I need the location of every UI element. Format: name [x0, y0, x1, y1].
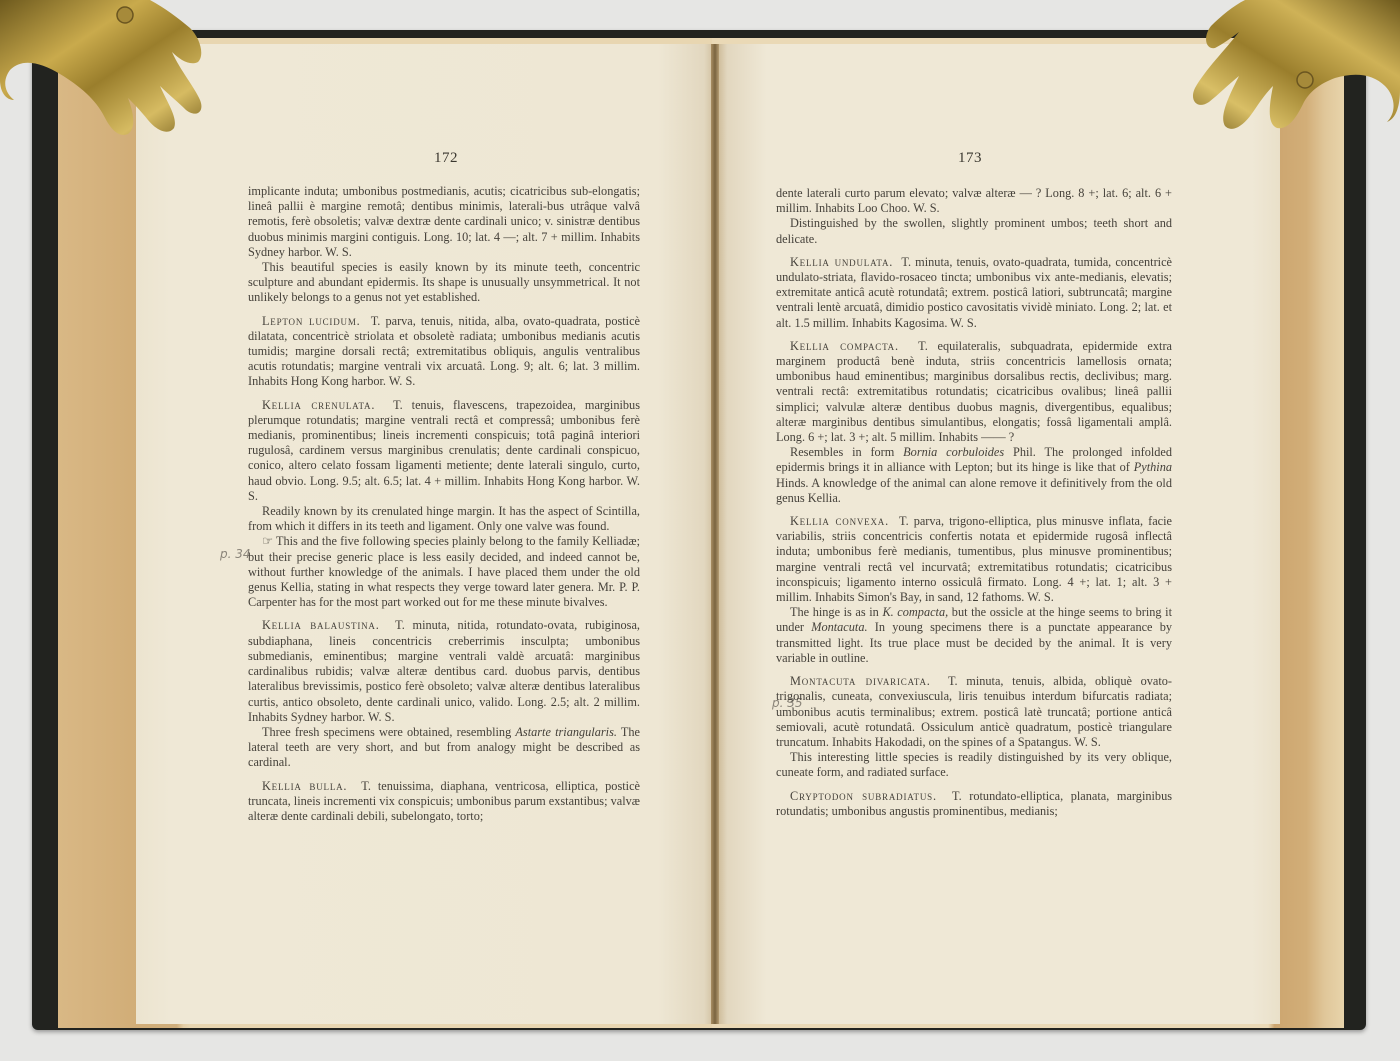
species-name: Kellia crenulata.: [262, 398, 375, 412]
species-entry: Lepton lucidum. T. parva, tenuis, nitida…: [248, 314, 640, 390]
right-brass-hand-icon: [1185, 0, 1400, 170]
species-name: Kellia bulla.: [262, 779, 347, 793]
species-entry: Kellia compacta. T. equilateralis, subqu…: [776, 339, 1172, 445]
species-name: Kellia compacta.: [790, 339, 899, 353]
species-entry: Kellia bulla. T. tenuissima, diaphana, v…: [248, 779, 640, 825]
pointing-hand-icon: ☞: [262, 534, 273, 548]
left-page: 172 p. 34 implicante induta; umbonibus p…: [136, 44, 716, 1024]
species-name: Kellia balaustina.: [262, 618, 380, 632]
paragraph: Readily known by its crenulated hinge ma…: [248, 504, 640, 534]
species-entry: Montacuta divaricata. T. minuta, tenuis,…: [776, 674, 1172, 750]
paragraph: This interesting little species is readi…: [776, 750, 1172, 780]
species-name: Kellia convexa.: [790, 514, 889, 528]
paragraph: dente laterali curto parum elevato; valv…: [776, 186, 1172, 216]
species-name: Cryptodon subradiatus.: [790, 789, 937, 803]
species-entry: Kellia balaustina. T. minuta, nitida, ro…: [248, 618, 640, 724]
species-entry: Cryptodon subradiatus. T. rotundato-elli…: [776, 789, 1172, 819]
species-entry: Kellia crenulata. T. tenuis, flavescens,…: [248, 398, 640, 504]
left-page-text: implicante induta; umbonibus postmediani…: [248, 184, 640, 824]
right-page-text: dente laterali curto parum elevato; valv…: [776, 186, 1172, 819]
paragraph: implicante induta; umbonibus postmediani…: [248, 184, 640, 260]
species-entry: Kellia convexa. T. parva, trigono-ellipt…: [776, 514, 1172, 605]
page-number: 172: [434, 150, 458, 167]
pencil-annotation: p. 34: [220, 547, 251, 561]
species-name: Montacuta divaricata.: [790, 674, 931, 688]
species-entry: Kellia undulata. T. minuta, tenuis, ovat…: [776, 255, 1172, 331]
species-name: Lepton lucidum.: [262, 314, 361, 328]
species-description: T. minuta, nitida, rotundato-ovata, rubi…: [248, 618, 640, 723]
paragraph: The hinge is as in K. compacta, but the …: [776, 605, 1172, 666]
paragraph: Three fresh specimens were obtained, res…: [248, 725, 640, 771]
species-description: T. tenuis, flavescens, trapezoidea, marg…: [248, 398, 640, 503]
right-page: 173 p. 35 dente laterali curto parum ele…: [716, 44, 1280, 1024]
left-brass-hand-icon: [0, 0, 215, 150]
paragraph: Distinguished by the swollen, slightly p…: [776, 216, 1172, 246]
note-paragraph: ☞ This and the five following species pl…: [248, 534, 640, 610]
paragraph: This beautiful species is easily known b…: [248, 260, 640, 306]
species-name: Kellia undulata.: [790, 255, 893, 269]
paragraph: Resembles in form Bornia corbuloides Phi…: [776, 445, 1172, 506]
page-number: 173: [958, 150, 982, 167]
book-gutter: [711, 44, 719, 1024]
species-description: T. equilateralis, subquadrata, epidermid…: [776, 339, 1172, 444]
